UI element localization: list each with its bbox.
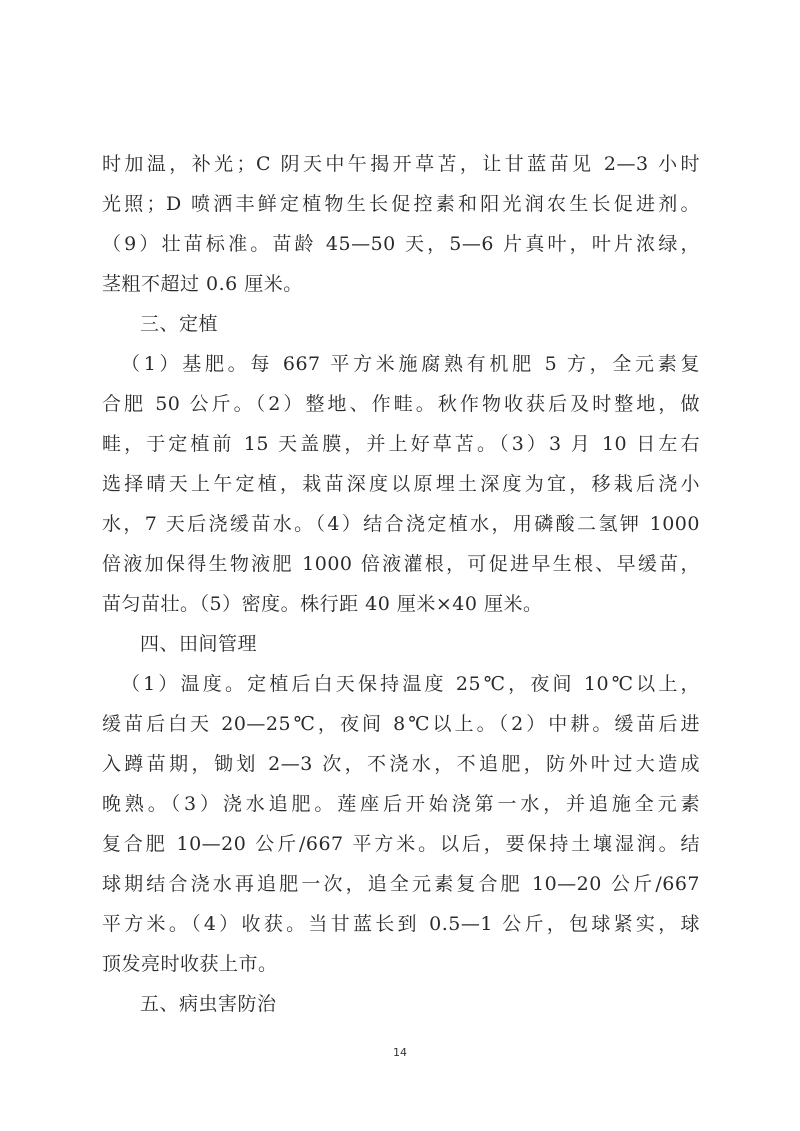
- text-line: 时加温，补光；C 阴天中午揭开草苫，让甘蓝苗见 2—3 小时: [102, 144, 700, 184]
- document-body: 时加温，补光；C 阴天中午揭开草苫，让甘蓝苗见 2—3 小时 光照；D 喷洒丰鲜…: [102, 144, 700, 1024]
- text-line: 倍液加保得生物液肥 1000 倍液灌根，可促进早生根、早缓苗，: [102, 544, 700, 584]
- text-line: 畦，于定植前 15 天盖膜，并上好草苫。（3）3 月 10 日左右: [102, 424, 700, 464]
- text-line: 合肥 50 公斤。（2）整地、作畦。秋作物收获后及时整地，做: [102, 384, 700, 424]
- text-line: 选择晴天上午定植，栽苗深度以原埋土深度为宜，移栽后浇小: [102, 464, 700, 504]
- page-number: 14: [0, 1046, 800, 1059]
- text-line: 入蹲苗期，锄划 2—3 次，不浇水，不追肥，防外叶过大造成: [102, 744, 700, 784]
- text-line: 缓苗后白天 20—25℃，夜间 8℃以上。（2）中耕。缓苗后进: [102, 704, 700, 744]
- text-line: 平方米。（4）收获。当甘蓝长到 0.5—1 公斤，包球紧实，球: [102, 904, 700, 944]
- section-heading-transplanting: 三、定植: [102, 304, 700, 344]
- text-line: （9）壮苗标准。苗龄 45—50 天，5—6 片真叶，叶片浓绿，: [102, 224, 700, 264]
- text-line: 复合肥 10—20 公斤/667 平方米。以后，要保持土壤湿润。结: [102, 824, 700, 864]
- section-heading-pest-control: 五、病虫害防治: [102, 984, 700, 1024]
- text-line: （1）温度。定植后白天保持温度 25℃，夜间 10℃以上，: [102, 664, 700, 704]
- text-line: 光照；D 喷洒丰鲜定植物生长促控素和阳光润农生长促进剂。: [102, 184, 700, 224]
- text-line: 茎粗不超过 0.6 厘米。: [102, 264, 700, 304]
- text-line: 球期结合浇水再追肥一次，追全元素复合肥 10—20 公斤/667: [102, 864, 700, 904]
- paragraph-seedling-care: 时加温，补光；C 阴天中午揭开草苫，让甘蓝苗见 2—3 小时 光照；D 喷洒丰鲜…: [102, 144, 700, 304]
- paragraph-field-management: （1）温度。定植后白天保持温度 25℃，夜间 10℃以上， 缓苗后白天 20—2…: [102, 664, 700, 984]
- text-line: 晚熟。（3）浇水追肥。莲座后开始浇第一水，并追施全元素: [102, 784, 700, 824]
- paragraph-transplanting: （1）基肥。每 667 平方米施腐熟有机肥 5 方，全元素复 合肥 50 公斤。…: [102, 344, 700, 624]
- text-line: 水，7 天后浇缓苗水。（4）结合浇定植水，用磷酸二氢钾 1000: [102, 504, 700, 544]
- section-heading-field-management: 四、田间管理: [102, 624, 700, 664]
- text-line: 苗匀苗壮。（5）密度。株行距 40 厘米×40 厘米。: [102, 584, 700, 624]
- text-line: （1）基肥。每 667 平方米施腐熟有机肥 5 方，全元素复: [102, 344, 700, 384]
- text-line: 顶发亮时收获上市。: [102, 944, 700, 984]
- document-page: 时加温，补光；C 阴天中午揭开草苫，让甘蓝苗见 2—3 小时 光照；D 喷洒丰鲜…: [0, 0, 800, 1131]
